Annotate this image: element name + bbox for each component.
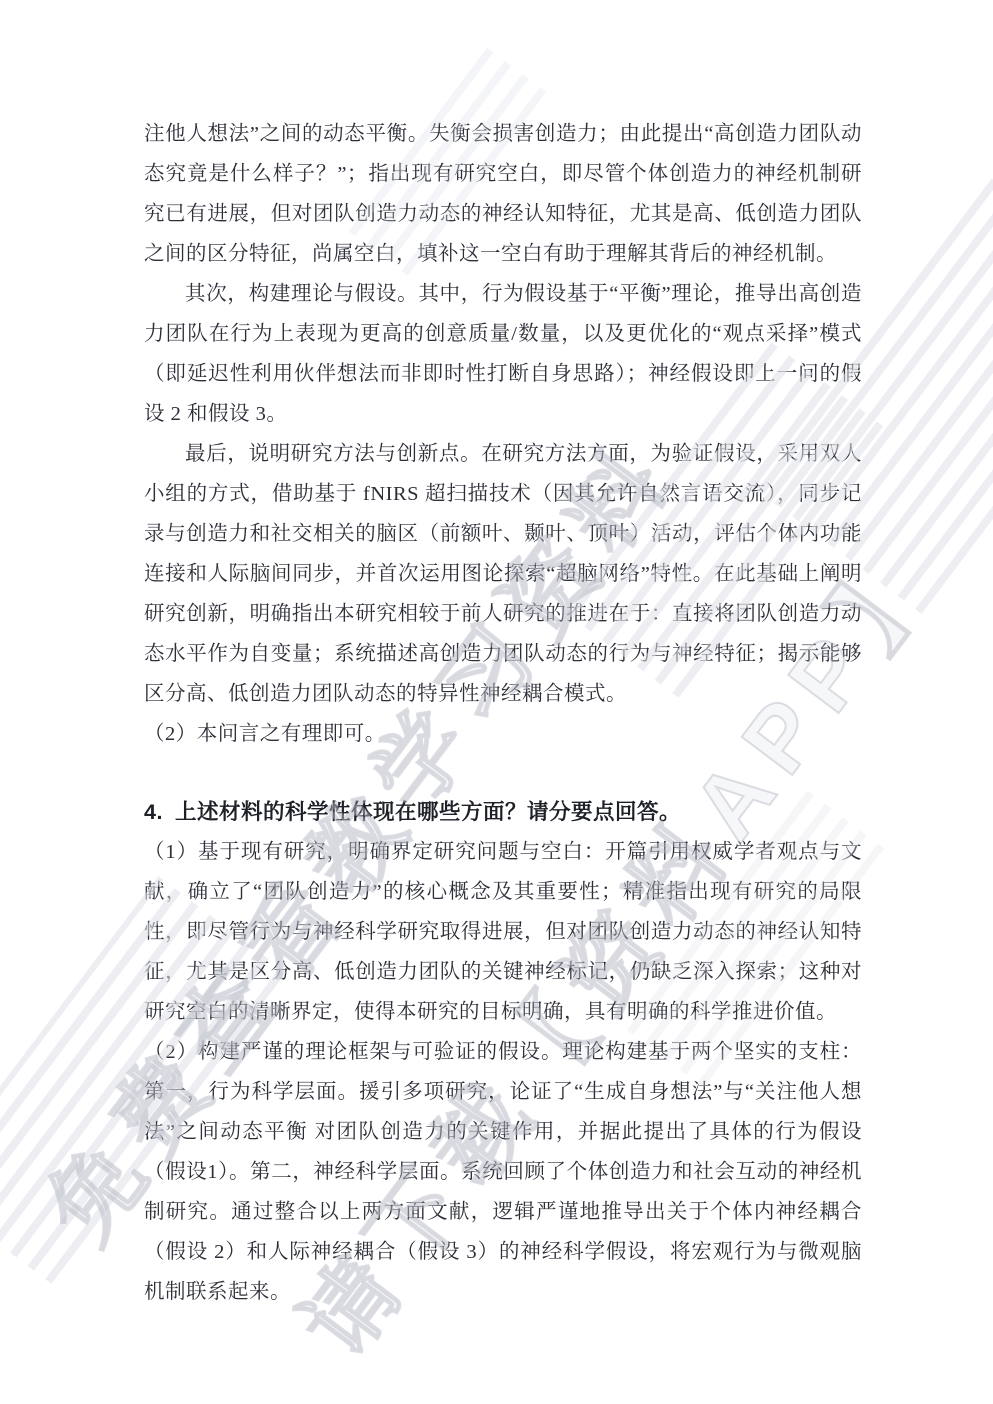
paragraph-continuation: 注他人想法”之间的动态平衡。失衡会损害创造力；由此提出“高创造力团队动态究竟是什… — [144, 114, 862, 274]
paragraph-note: （2）本问言之有理即可。 — [144, 714, 862, 754]
document-page: { "page": { "background": "#ffffff", "te… — [0, 0, 993, 1404]
question-title: 上述材料的科学性体现在哪些方面？请分要点回答。 — [175, 800, 681, 824]
answer-point-1: （1）基于现有研究，明确界定研究问题与空白：开篇引用权威学者观点与文献，确立了“… — [144, 832, 862, 1032]
question-number: 4. — [144, 800, 163, 824]
paragraph-theory-hypotheses: 其次，构建理论与假设。其中，行为假设基于“平衡”理论，推导出高创造力团队在行为上… — [144, 274, 862, 434]
page-content: 注他人想法”之间的动态平衡。失衡会损害创造力；由此提出“高创造力团队动态究竟是什… — [144, 114, 862, 1312]
paragraph-methods-innovation: 最后，说明研究方法与创新点。在研究方法方面，为验证假设，采用双人小组的方式，借助… — [144, 434, 862, 714]
answer-point-2: （2）构建严谨的理论框架与可验证的假设。理论构建基于两个坚实的支柱：第一，行为科… — [144, 1032, 862, 1312]
question-heading: 4.上述材料的科学性体现在哪些方面？请分要点回答。 — [144, 792, 862, 832]
